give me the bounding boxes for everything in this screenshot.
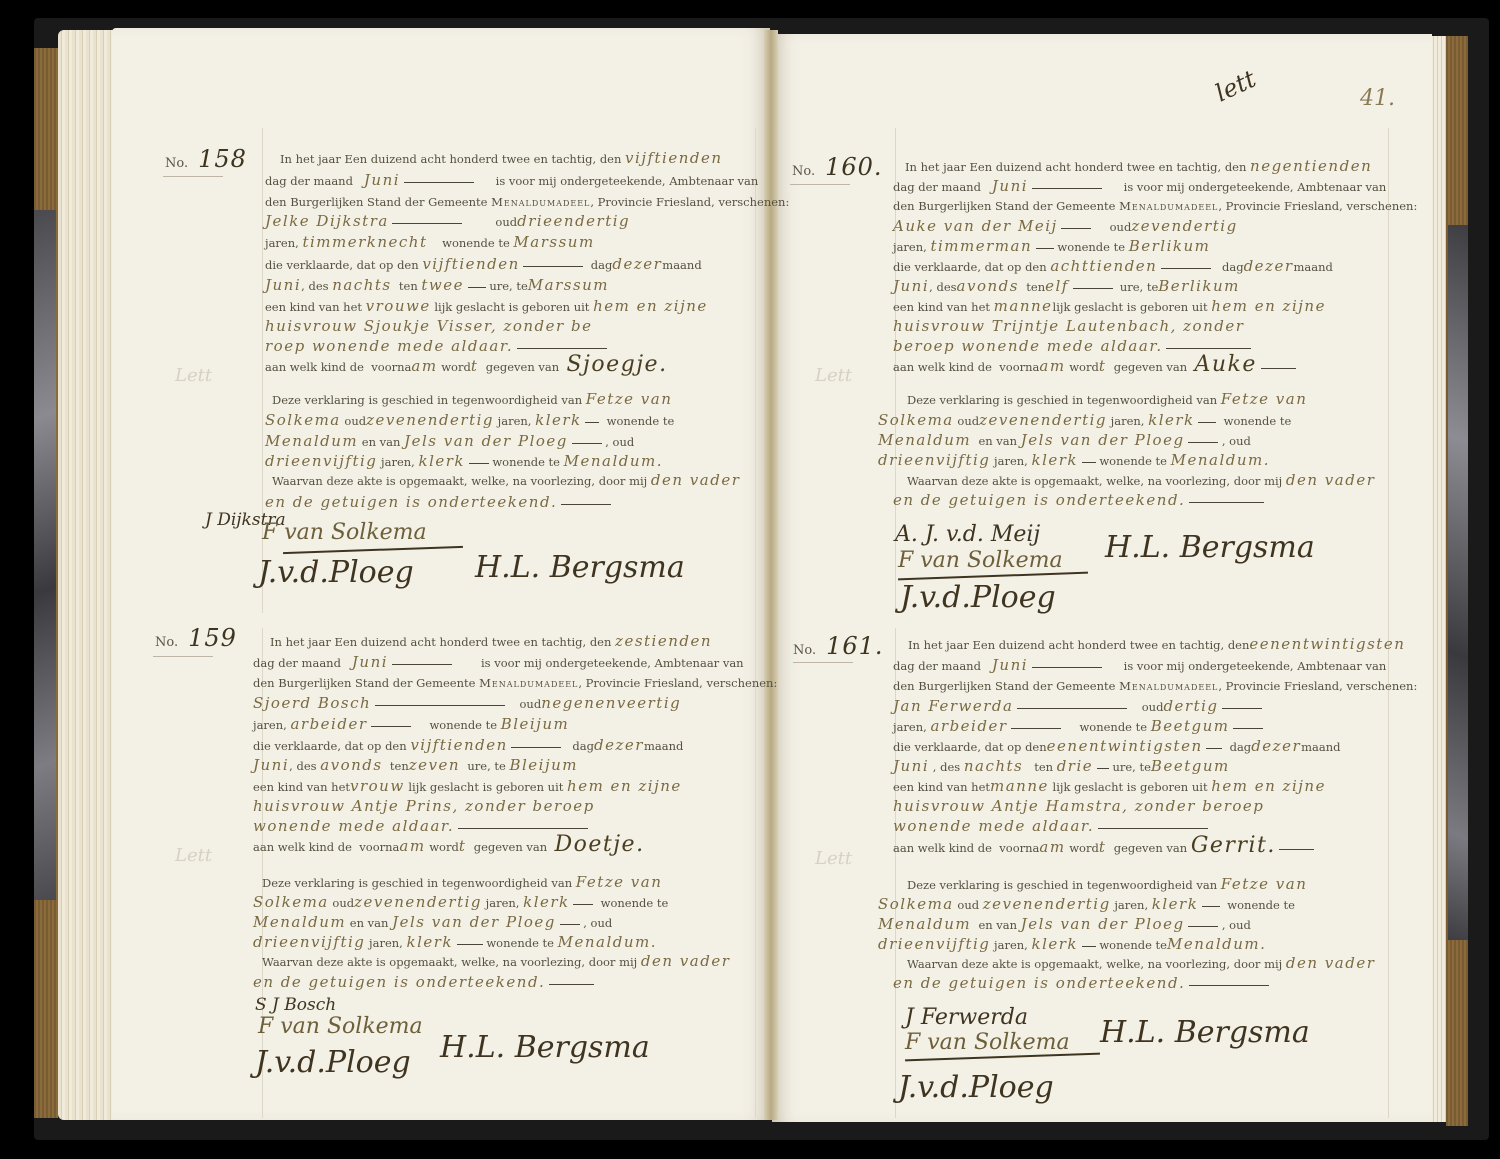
page-edges-right: [1430, 36, 1446, 1122]
witness2-line: Menaldum en van Jels van der Ploeg , oud: [878, 432, 1251, 449]
witness-intro-line: Deze verklaring is geschied in tegenwoor…: [907, 391, 1307, 408]
child-name-line: aan welk kind de voornaam wordt gegeven …: [265, 357, 668, 375]
signature-registrar: H.L. Bergsma: [440, 1030, 650, 1065]
witness-intro-line: Deze verklaring is geschied in tegenwoor…: [907, 876, 1307, 893]
margin-note: Lett: [175, 365, 212, 386]
margin-note: Lett: [175, 845, 212, 866]
signature-father: S J Bosch: [255, 995, 336, 1015]
marbled-board-right: [1448, 225, 1468, 940]
closing-line: Waarvan deze akte is opgemaakt, welke, n…: [262, 953, 730, 970]
occupation-line: jaren, arbeider wonende te Beetgum: [893, 718, 1263, 735]
signature-witness2: J.v.d.Ploeg: [898, 1070, 1054, 1105]
witness2-detail-line: drieenvijftig jaren, klerk wonende teMen…: [878, 936, 1266, 953]
birth-date-line: die verklaarde, dat op den achttienden d…: [893, 258, 1333, 275]
frame-rule: [1388, 128, 1389, 1118]
birth-time-line: Juni, des nachts ten twee ure, teMarssum: [265, 277, 609, 294]
closing-line: Waarvan deze akte is opgemaakt, welke, n…: [907, 955, 1375, 972]
month-line: dag der maand Juni is voor mij ondergete…: [893, 178, 1386, 195]
birth-date-line: die verklaarde, dat op deneenentwintigst…: [893, 738, 1341, 755]
signature-registrar: H.L. Bergsma: [1100, 1015, 1310, 1050]
signature-father: A. J. v.d. Meij: [895, 522, 1040, 547]
child-name: Auke: [1194, 352, 1256, 377]
month-line: dag der maand Juni is voor mij ondergete…: [265, 172, 758, 189]
birth-date-line: die verklaarde, dat op den vijftienden d…: [253, 737, 683, 754]
declarant-line: Jelke Dijkstra ouddrieendertig: [265, 213, 630, 230]
municipality-line: den Burgerlijken Stand der Gemeente Mena…: [893, 198, 1417, 214]
occupation-line: jaren, timmerknecht wonende te Marssum: [265, 234, 595, 251]
record-number: No.160.: [792, 153, 883, 181]
closing-line-2: en de getuigen is onderteekend.: [893, 492, 1264, 509]
witness1-line: Solkema oudzevenendertig jaren, klerk wo…: [878, 412, 1291, 429]
municipality-name: Menaldumadeel: [1119, 679, 1218, 693]
sex-line: een kind van hetvrouw lijk geslacht is g…: [253, 778, 682, 795]
witness2-line: Menaldum en van Jels van der Ploeg , oud: [253, 914, 612, 931]
closing-line-2: en de getuigen is onderteekend.: [265, 494, 611, 511]
witness2-detail-line: drieenvijftig jaren, klerk wonende te Me…: [878, 452, 1270, 469]
declarant-line: Sjoerd Bosch oudnegenenveertig: [253, 695, 681, 712]
parents-line: huisvrouw Antje Prins, zonder beroep: [253, 798, 595, 815]
municipality-name: Menaldumadeel: [479, 676, 578, 690]
witness-intro-line: Deze verklaring is geschied in tegenwoor…: [272, 391, 672, 408]
intro-line: In het jaar Een duizend acht honderd twe…: [908, 636, 1405, 653]
signature-father: J Ferwerda: [905, 1005, 1028, 1030]
intro-line: In het jaar Een duizend acht honderd twe…: [905, 158, 1372, 175]
child-name: Sjoegje.: [566, 352, 667, 377]
signature-witness2: J.v.d.Ploeg: [255, 1045, 411, 1080]
margin-note: Lett: [815, 365, 852, 386]
child-name-line: aan welk kind de voornaam wordt gegeven …: [253, 837, 645, 855]
occupation-line: jaren, arbeider wonende te Bleijum: [253, 716, 569, 733]
municipality-line: den Burgerlijken Stand der Gemeente Mena…: [265, 194, 789, 210]
child-name: Gerrit.: [1191, 833, 1276, 858]
witness1-line: Solkema oudzevenendertig jaren, klerk wo…: [253, 894, 668, 911]
municipality-line: den Burgerlijken Stand der Gemeente Mena…: [253, 675, 777, 691]
child-name-line: aan welk kind de voornaam wordt gegeven …: [893, 838, 1314, 856]
parents-line-2: wonende mede aldaar.: [893, 818, 1208, 835]
marbled-board-left: [34, 210, 56, 900]
number-underline: [790, 184, 850, 185]
parents-line-2: roep wonende mede aldaar.: [265, 338, 607, 355]
municipality-name: Menaldumadeel: [1119, 199, 1218, 213]
number-underline: [153, 656, 213, 657]
witness2-detail-line: drieenvijftig jaren, klerk wonende te Me…: [253, 934, 657, 951]
sex-line: een kind van hetmanne lijk geslacht is g…: [893, 778, 1326, 795]
birth-time-line: Juni, desavonds tenelf ure, teBerlikum: [893, 278, 1240, 295]
signature-witness2: J.v.d.Ploeg: [900, 580, 1056, 615]
child-name: Doetje.: [554, 832, 644, 857]
record-number: No.159: [155, 624, 237, 652]
frame-rule: [755, 128, 756, 1118]
municipality-line: den Burgerlijken Stand der Gemeente Mena…: [893, 678, 1417, 694]
witness1-line: Solkema oud zevenendertig jaren, klerk w…: [878, 896, 1295, 913]
municipality-name: Menaldumadeel: [491, 195, 590, 209]
intro-line: In het jaar Een duizend acht honderd twe…: [270, 633, 712, 650]
birth-time-line: Juni, des avonds tenzeven ure, te Bleiju…: [253, 757, 578, 774]
declarant-line: Jan Ferwerda ouddertig: [893, 698, 1262, 715]
number-underline: [163, 176, 223, 177]
parents-line: huisvrouw Antje Hamstra, zonder beroep: [893, 798, 1264, 815]
signature-witness1: F van Solkema: [258, 1014, 423, 1039]
birth-date-line: die verklaarde, dat op den vijftienden d…: [265, 256, 702, 273]
sex-line: een kind van het vrouwe lijk geslacht is…: [265, 298, 708, 315]
margin-note: Lett: [815, 848, 852, 869]
witness2-line: Menaldum en van Jels van der Ploeg , oud: [265, 433, 634, 450]
witness2-detail-line: drieenvijftig jaren, klerk wonende te Me…: [265, 453, 663, 470]
month-line: dag der maand Juni is voor mij ondergete…: [253, 654, 744, 671]
intro-line: In het jaar Een duizend acht honderd twe…: [280, 150, 723, 167]
parents-line-2: wonende mede aldaar.: [253, 818, 588, 835]
witness1-line: Solkema oudzevenendertig jaren, klerk wo…: [265, 412, 674, 429]
record-number: No.158: [165, 145, 247, 173]
number-underline: [793, 662, 853, 663]
signature-witness1: F van Solkema: [905, 1030, 1070, 1055]
page-number: 41.: [1360, 86, 1395, 111]
signature-registrar: H.L. Bergsma: [1105, 530, 1315, 565]
signature-witness1: F van Solkema: [898, 548, 1063, 573]
witness-intro-line: Deze verklaring is geschied in tegenwoor…: [262, 874, 662, 891]
record-number: No.161.: [793, 632, 884, 660]
sex-line: een kind van het mannelijk geslacht is g…: [893, 298, 1326, 315]
month-line: dag der maand Juni is voor mij ondergete…: [893, 657, 1386, 674]
parents-line: huisvrouw Trijntje Lautenbach, zonder: [893, 318, 1244, 335]
occupation-line: jaren, timmerman wonende te Berlikum: [893, 238, 1210, 255]
child-name-line: aan welk kind de voornaam wordt gegeven …: [893, 357, 1296, 375]
signature-registrar: H.L. Bergsma: [475, 550, 685, 585]
closing-line: Waarvan deze akte is opgemaakt, welke, n…: [272, 472, 740, 489]
signature-witness2: J.v.d.Ploeg: [258, 555, 414, 590]
closing-line: Waarvan deze akte is opgemaakt, welke, n…: [907, 472, 1375, 489]
witness2-line: Menaldum en van Jels van der Ploeg , oud: [878, 916, 1251, 933]
birth-time-line: Juni , des nachts ten drie ure, teBeetgu…: [893, 758, 1230, 775]
parents-line: huisvrouw Sjoukje Visser, zonder be: [265, 318, 592, 335]
closing-line-2: en de getuigen is onderteekend.: [893, 975, 1269, 992]
closing-line-2: en de getuigen is onderteekend.: [253, 974, 594, 991]
signature-witness1: F van Solkema: [262, 520, 427, 545]
declarant-line: Auke van der Meij oudzevendertig: [893, 218, 1238, 235]
